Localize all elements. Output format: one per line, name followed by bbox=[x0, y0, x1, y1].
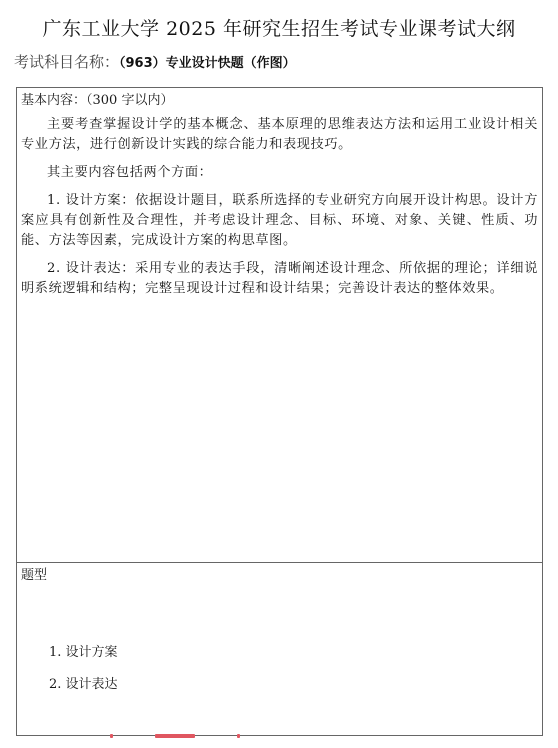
basic-content-cell: 基本内容：（300 字以内） 主要考查掌握设计学的基本概念、基本原理的思维表达方… bbox=[17, 88, 542, 563]
question-type-cell: 题型 1. 设计方案 2. 设计表达 bbox=[17, 563, 542, 736]
red-stamp-fragment bbox=[110, 734, 113, 738]
content-paragraph: 其主要内容包括两个方面： bbox=[21, 163, 538, 183]
question-type-item: 2. 设计表达 bbox=[49, 675, 118, 695]
subject-code: （963） bbox=[119, 56, 166, 71]
red-stamp-fragment bbox=[155, 734, 195, 738]
question-type-heading: 题型 bbox=[21, 567, 538, 585]
subject-label: 考试科目名称： bbox=[14, 53, 119, 71]
basic-content-heading: 基本内容：（300 字以内） bbox=[21, 92, 538, 110]
question-type-list: 1. 设计方案 2. 设计表达 bbox=[49, 643, 118, 707]
document-title: 广东工业大学 2025 年研究生招生考试专业课考试大纲 bbox=[0, 14, 558, 41]
red-stamp-fragment bbox=[237, 734, 240, 738]
content-paragraph: 1. 设计方案：依据设计题目，联系所选择的专业研究方向展开设计构思。设计方案应具… bbox=[21, 191, 538, 251]
content-paragraph: 2. 设计表达：采用专业的表达手段，清晰阐述设计理念、所依据的理论；详细说明系统… bbox=[21, 259, 538, 299]
exam-subject-line: 考试科目名称：（963）专业设计快题（作图） bbox=[14, 51, 296, 72]
syllabus-table: 基本内容：（300 字以内） 主要考查掌握设计学的基本概念、基本原理的思维表达方… bbox=[16, 87, 543, 736]
subject-name: 专业设计快题（作图） bbox=[166, 56, 296, 71]
question-type-item: 1. 设计方案 bbox=[49, 643, 118, 663]
content-paragraph: 主要考查掌握设计学的基本概念、基本原理的思维表达方法和运用工业设计相关专业方法，… bbox=[21, 115, 538, 155]
